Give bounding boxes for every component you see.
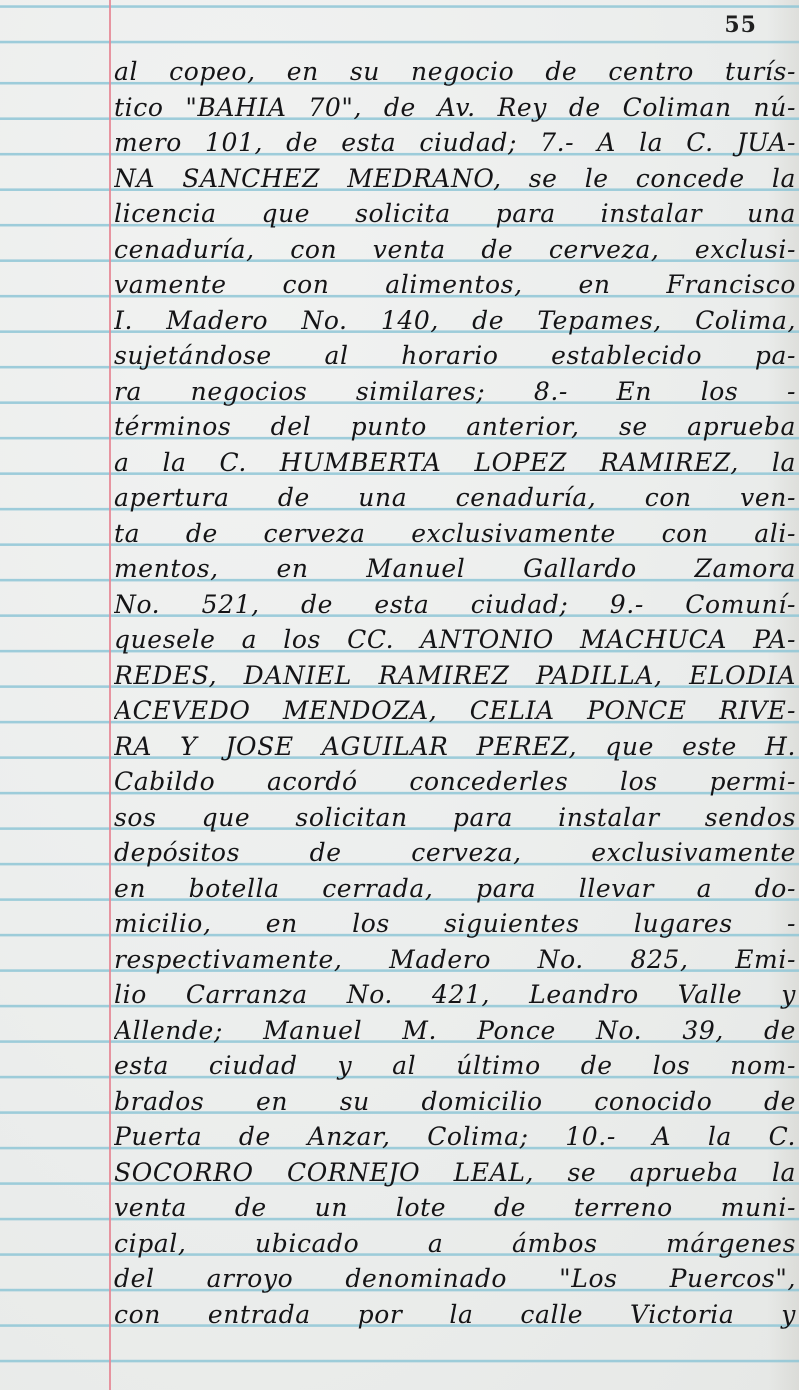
text-line: Puerta de Anzar, Colima; 10.- A la C. [114,1119,796,1155]
handwritten-text: al copeo, en su negocio de centro turís-… [114,54,796,1332]
text-line: del arroyo denominado "Los Puercos", [114,1261,796,1297]
text-line: micilio, en los siguientes lugares - [114,906,796,942]
text-line: a la C. HUMBERTA LOPEZ RAMIREZ, la [114,445,796,481]
text-line: términos del punto anterior, se aprueba [114,409,796,445]
text-line: depósitos de cerveza, exclusivamente [114,835,796,871]
text-line: SOCORRO CORNEJO LEAL, se aprueba la [114,1155,796,1191]
text-line: esta ciudad y al último de los nom- [114,1048,796,1084]
text-line: brados en su domicilio conocido de [114,1084,796,1120]
text-line: mero 101, de esta ciudad; 7.- A la C. JU… [114,125,796,161]
text-line: licencia que solicita para instalar una [114,196,796,232]
text-line: REDES, DANIEL RAMIREZ PADILLA, ELODIA [114,658,796,694]
text-line: apertura de una cenaduría, con ven- [114,480,796,516]
text-line: I. Madero No. 140, de Tepames, Colima, [114,303,796,339]
text-line: lio Carranza No. 421, Leandro Valle y [114,977,796,1013]
margin-line [109,0,111,1390]
text-line: ACEVEDO MENDOZA, CELIA PONCE RIVE- [114,693,796,729]
text-line: al copeo, en su negocio de centro turís- [114,54,796,90]
text-line: cenaduría, con venta de cerveza, exclusi… [114,232,796,268]
text-line: en botella cerrada, para llevar a do- [114,871,796,907]
text-line: sos que solicitan para instalar sendos [114,800,796,836]
text-line: sujetándose al horario establecido pa- [114,338,796,374]
text-line: Allende; Manuel M. Ponce No. 39, de [114,1013,796,1049]
ledger-page: 55 al copeo, en su negocio de centro tur… [0,0,799,1390]
text-line: respectivamente, Madero No. 825, Emi- [114,942,796,978]
text-line: con entrada por la calle Victoria y [114,1297,796,1333]
text-line: mentos, en Manuel Gallardo Zamora [114,551,796,587]
text-line: RA Y JOSE AGUILAR PEREZ, que este H. [114,729,796,765]
text-line: Cabildo acordó concederles los permi- [114,764,796,800]
text-line: NA SANCHEZ MEDRANO, se le concede la [114,161,796,197]
text-line: cipal, ubicado a ámbos márgenes [114,1226,796,1262]
text-line: vamente con alimentos, en Francisco [114,267,796,303]
text-line: ra negocios similares; 8.- En los - [114,374,796,410]
text-line: No. 521, de esta ciudad; 9.- Comuní- [114,587,796,623]
page-number: 55 [724,12,757,38]
text-line: tico "BAHIA 70", de Av. Rey de Coliman n… [114,90,796,126]
text-line: venta de un lote de terreno muni- [114,1190,796,1226]
text-line: ta de cerveza exclusivamente con ali- [114,516,796,552]
text-line: quesele a los CC. ANTONIO MACHUCA PA- [114,622,796,658]
